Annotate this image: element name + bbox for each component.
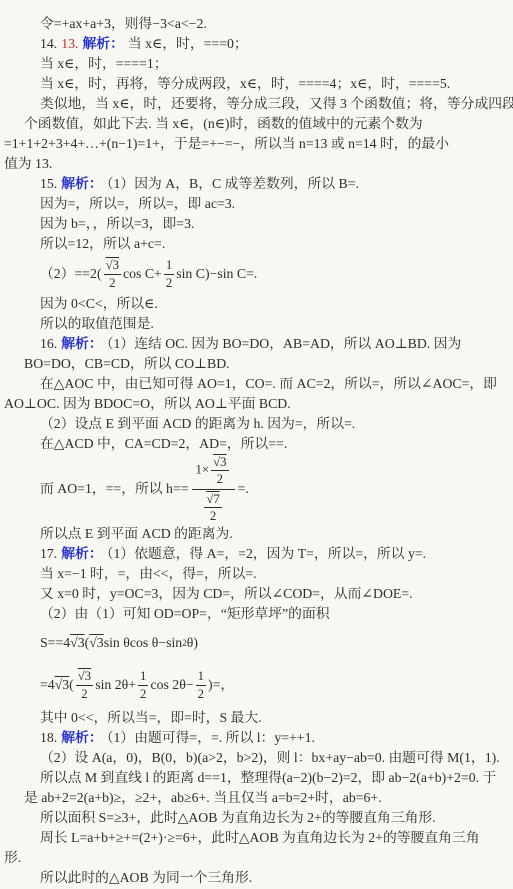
line-31-text: （1）由题可得=，=. 所以 l：y=++1.	[107, 730, 315, 745]
formula-16-height: 而 AO=1，==，所以 h== 1×√32 √72 =.	[24, 454, 501, 524]
formula-16-prefix: 而 AO=1，==，所以 h==	[40, 479, 189, 499]
line-05: 类似地，当 x∈，时，还要将，等分成三段，又得 3 个函数值；将，等分成四段，得…	[24, 94, 501, 114]
line-30: 其中 0<<，所以当=，即=时，S 最大.	[24, 708, 501, 728]
analysis-label-18: 解析：	[61, 730, 102, 745]
line-26: 又 x=0 时，y=OC=3，因为 CD=，所以∠COD=，从而∠DOE=.	[24, 584, 501, 604]
formula-17b-prefix: =4	[40, 675, 55, 695]
formula-17-area-line1: S==4√3(√3sin θcos θ−sin2θ)	[24, 624, 501, 662]
line-19: AO⊥OC. 因为 BDOC=O，所以 AO⊥平面 BCD.	[4, 394, 501, 414]
formula-15-prefix: （2）==2(	[40, 264, 102, 284]
line-33: 所以点 M 到直线 l 的距离 d==1，整理得(a−2)(b−2)=2，即 a…	[24, 768, 501, 788]
line-16-text: （1）连结 OC. 因为 BO=DO，AB=AD，所以 AO⊥BD. 因为	[107, 336, 462, 351]
analysis-label-16: 解析：	[61, 336, 102, 351]
formula-15-mid1: cos C+	[123, 264, 162, 284]
formula-17-area-line2: =4√3(√32sin 2θ+12cos 2θ−12)=，	[24, 662, 501, 708]
fraction-sqrt7-over-2: √72	[204, 492, 221, 523]
problem-number-15: 15.	[40, 176, 57, 191]
line-08: 值为 13.	[4, 154, 501, 174]
formula-17a-tail: θ)	[187, 633, 198, 653]
fraction-1-over-2: 12	[164, 258, 174, 289]
line-09-solution-15-header: 15.解析：（1）因为 A，B，C 成等差数列，所以 B=.	[24, 174, 501, 194]
line-34: 是 ab+2=2(a+b)≥，≥2+，ab≥6+. 当且仅当 a=b=2+时，a…	[24, 788, 501, 808]
line-02-solution-14-header: 14.13.解析：当 x∈，时，===0；	[24, 34, 501, 54]
radical-sqrt3: √3	[55, 675, 69, 695]
line-03: 当 x∈，时，====1；	[24, 54, 501, 74]
line-24-text: （1）依题意，得 A=，=2，因为 T=，所以=，所以 y=.	[107, 546, 426, 561]
radical-sqrt3: √3	[70, 633, 84, 653]
formula-17a-prefix: S==4	[40, 633, 70, 653]
line-11: 因为 b=，，所以=3，即=3.	[24, 214, 501, 234]
analysis-label-14: 解析：	[83, 36, 124, 51]
analysis-label-17: 解析：	[61, 546, 102, 561]
formula-15-tail: sin C)−sin C=.	[176, 264, 257, 284]
line-37: 形.	[4, 848, 501, 868]
line-24-solution-17-header: 17.解析：（1）依题意，得 A=，=2，因为 T=，所以=，所以 y=.	[24, 544, 501, 564]
line-10: 因为=，所以=，所以=，即 ac=3.	[24, 194, 501, 214]
line-31-solution-18-header: 18.解析：（1）由题可得=，=. 所以 l：y=++1.	[24, 728, 501, 748]
formula-17b-mid1: sin 2θ+	[95, 675, 136, 695]
answer-number-red: 13.	[61, 36, 78, 51]
line-17: BO=DO，CB=CD，所以 CO⊥BD.	[24, 354, 501, 374]
line-38: 所以此时的△AOB 为同一个三角形.	[24, 868, 501, 888]
formula-17b-tail: )=，	[208, 675, 234, 695]
formula-15-part2: （2）==2(√32cos C+12sin C)−sin C=.	[24, 254, 501, 294]
line-02-text: 当 x∈，时，===0；	[128, 36, 248, 51]
problem-number-18: 18.	[40, 730, 57, 745]
line-32: （2）设 A(a，0)，B(0，b)(a>2，b>2)，则 l：bx+ay−ab…	[24, 748, 501, 768]
line-15: 所以的取值范围是.	[24, 314, 501, 334]
line-23: 所以点 E 到平面 ACD 的距离为.	[24, 524, 501, 544]
line-20: （2）设点 E 到平面 ACD 的距离为 h. 因为=，所以=.	[24, 414, 501, 434]
line-16-solution-16-header: 16.解析：（1）连结 OC. 因为 BO=DO，AB=AD，所以 AO⊥BD.…	[24, 334, 501, 354]
problem-number-14: 14.	[40, 36, 57, 51]
big-fraction: 1×√32 √72	[192, 455, 235, 522]
line-12: 所以=12，所以 a+c=.	[24, 234, 501, 254]
line-21: 在△ACD 中，CA=CD=2，AD=，所以==.	[24, 434, 501, 454]
line-14: 因为 0<C<，所以∈.	[24, 294, 501, 314]
fraction-sqrt3-over-2: √32	[104, 258, 121, 289]
line-09-text: （1）因为 A，B，C 成等差数列，所以 B=.	[107, 176, 359, 191]
analysis-label-15: 解析：	[61, 176, 102, 191]
line-36: 周长 L=a+b+≥+=(2+)·≥=6+，此时△AOB 为直角边长为 2+的等…	[24, 828, 501, 848]
fraction-1-over-2: 12	[196, 669, 206, 700]
line-18: 在△AOC 中，由已知可得 AO=1，CO=. 而 AC=2，所以=，所以∠AO…	[24, 374, 501, 394]
fraction-1-over-2: 12	[138, 669, 148, 700]
formula-17a-body: sin θcos θ−sin	[104, 633, 183, 653]
formula-16-tail: =.	[238, 479, 249, 499]
document-page: 令=+ax+a+3，则得−3<a<−2. 14.13.解析：当 x∈，时，===…	[0, 0, 513, 888]
line-04: 当 x∈，时，再将，等分成两段，x∈，时，====4；x∈，时，====5.	[24, 74, 501, 94]
line-35: 所以面积 S=≥3+，此时△AOB 为直角边长为 2+的等腰直角三角形.	[24, 808, 501, 828]
radical-sqrt3: √3	[89, 633, 103, 653]
line-01: 令=+ax+a+3，则得−3<a<−2.	[24, 14, 501, 34]
line-06: 个函数值，如此下去. 当 x∈，(n∈)时，函数的值域中的元素个数为	[24, 114, 501, 134]
line-27: （2）由（1）可知 OD=OP=，“矩形草坪”的面积	[24, 604, 501, 624]
line-07: =1+1+2+3+4+…+(n−1)=1+，于是=+−=−，所以当 n=13 或…	[4, 134, 501, 154]
formula-17b-mid2: cos 2θ−	[150, 675, 193, 695]
problem-number-16: 16.	[40, 336, 57, 351]
fraction-sqrt3-over-2: √32	[76, 669, 93, 700]
line-25: 当 x=−1 时，=，由<<，得=，所以=.	[24, 564, 501, 584]
problem-number-17: 17.	[40, 546, 57, 561]
fraction-sqrt3-over-2: √32	[211, 455, 228, 486]
big-fraction-numerator-coeff: 1×	[196, 463, 210, 477]
